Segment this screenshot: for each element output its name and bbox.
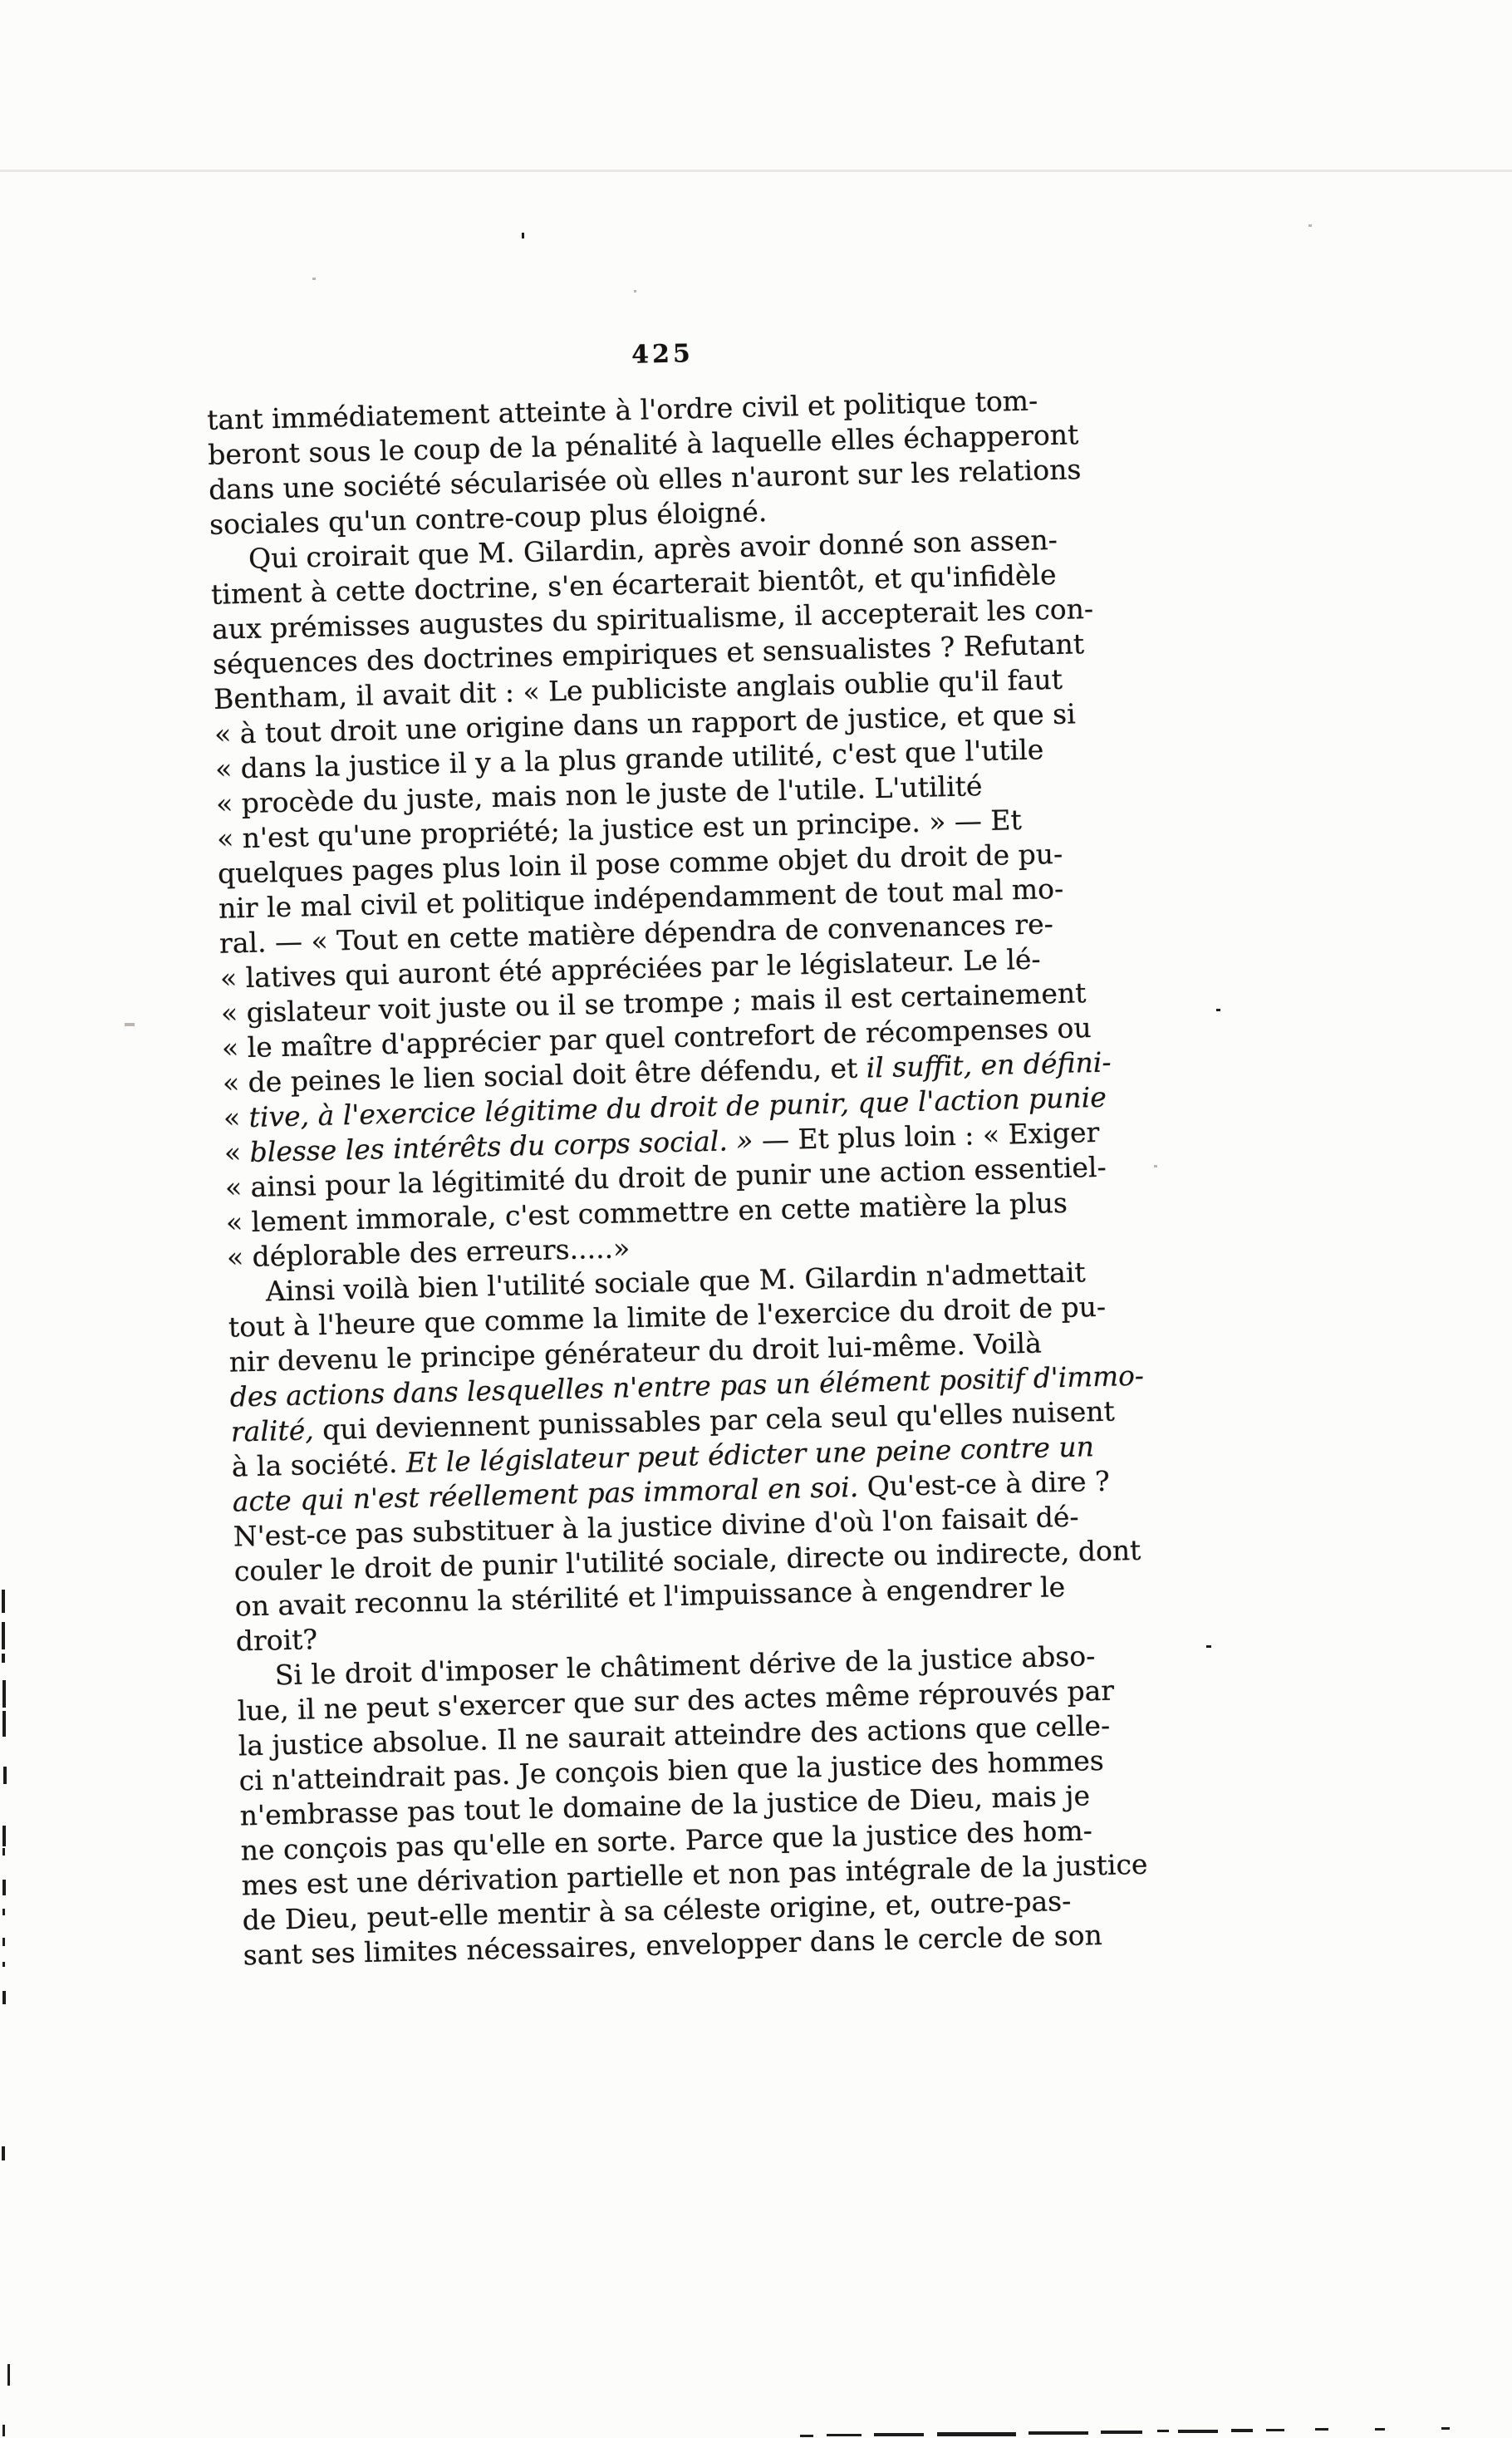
page-edge-mark — [1231, 2429, 1253, 2432]
scan-edge-dash — [2, 1909, 5, 1915]
italic-text-segment: il suffit, en défini- — [866, 1046, 1112, 1084]
text-segment: « — [224, 1136, 251, 1169]
page-edge-mark — [800, 2435, 813, 2437]
scan-edge-dash — [2, 1622, 5, 1649]
scan-speck — [522, 233, 524, 238]
text-segment: à la société. — [231, 1447, 406, 1483]
page-edge-mark — [1028, 2431, 1088, 2435]
scan-edge-dash — [3, 1767, 7, 1784]
scan-edge-dash — [2, 1590, 5, 1613]
page-number: 425 — [205, 327, 1120, 383]
page-edge-mark — [937, 2432, 1016, 2436]
scan-edge-dash — [2, 2425, 5, 2436]
text-segment: Qu'est-ce à dire ? — [858, 1465, 1110, 1503]
scan-edge-dash — [2, 1938, 5, 1946]
scan-edge-dash — [2, 1680, 6, 1708]
paragraph: Ainsi voilà bien l'utilité sociale que M… — [227, 1254, 1150, 1659]
scan-edge-dash — [2, 1711, 6, 1737]
scan-edge-dash — [2, 1826, 6, 1846]
scan-edge-dash — [2, 1991, 6, 2004]
paragraph: tant immédiatement atteinte à l'ordre ci… — [207, 381, 1124, 543]
text-segment: « — [223, 1101, 250, 1134]
scan-edge-dash — [2, 2146, 5, 2160]
page-edge-mark — [1178, 2430, 1218, 2433]
scan-edge-dash — [2, 1848, 5, 1856]
page-text-block: 425 tant immédiatement atteinte à l'ordr… — [205, 327, 1157, 1973]
scan-speck — [1206, 1645, 1211, 1648]
text-segment: droit? — [235, 1623, 317, 1657]
paragraph: Si le droit d'imposer le châtiment dériv… — [236, 1638, 1157, 1974]
scan-speck — [1154, 1165, 1157, 1167]
scan-edge-dash — [2, 1962, 5, 1967]
italic-text-segment: ralité, — [230, 1413, 314, 1448]
page-edge-mark — [874, 2433, 924, 2436]
scan-speck — [634, 290, 636, 292]
page-edge-mark — [1157, 2430, 1169, 2432]
scanned-book-page: 425 tant immédiatement atteinte à l'ordr… — [0, 0, 1512, 2438]
page-edge-mark — [1441, 2427, 1450, 2430]
paragraph: Qui croirait que M. Gilardin, après avoi… — [210, 521, 1141, 1276]
page-edge-mark — [1266, 2429, 1284, 2431]
page-edge-mark — [1101, 2431, 1142, 2434]
page-text: tant immédiatement atteinte à l'ordre ci… — [207, 381, 1157, 1973]
scan-speck — [1216, 1009, 1220, 1011]
scan-streak — [0, 170, 1512, 172]
scan-speck — [1308, 224, 1312, 227]
page-edge-mark — [827, 2434, 862, 2436]
page-edge-mark — [1315, 2428, 1328, 2431]
scan-edge-dash — [2, 1654, 5, 1663]
scan-speck — [125, 1023, 135, 1026]
scan-speck — [312, 278, 316, 280]
page-edge-mark — [1375, 2428, 1385, 2431]
scan-edge-dash — [2, 1880, 6, 1895]
scan-edge-dash — [7, 2364, 10, 2386]
